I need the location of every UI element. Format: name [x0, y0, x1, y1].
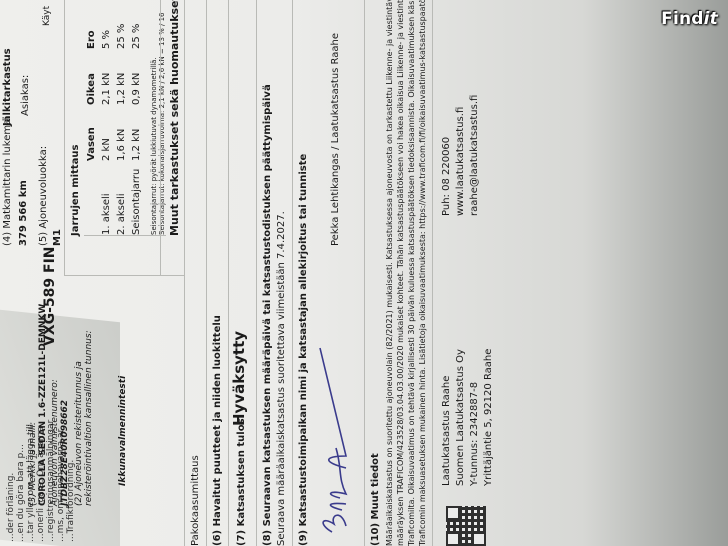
company-info: Laatukatsastus Raahe Suomen Laatukatsast…: [440, 349, 496, 486]
inspection-document: ...der förläning. ...en du göra bara p..…: [0, 0, 728, 546]
next-inspection-label: (8) Seuraavan katsastuksen määräpäivä ta…: [262, 84, 273, 546]
vin-value: JTDBZ28E40R098662: [60, 400, 70, 506]
other-checks-heading: Muut tarkastukset sekä huomautukset: [168, 0, 181, 236]
signature-label: (9) Katsastustoimipaikan nimi ja katsast…: [298, 154, 309, 546]
brakes-title: Jarrujen mittaus: [70, 145, 81, 237]
brake-note-1: Seisontajarrut: pyörät lukkiutuvat dynam…: [150, 0, 158, 235]
brake-table: Vasen Oikea Ero 1. akseli 2 kN 2,1 kN 5 …: [84, 0, 166, 236]
other-info-text: Määräaikaiskatsastus on suoritettu ajone…: [384, 0, 428, 546]
registration-number: VXG-589 FIN: [42, 246, 58, 346]
contact-info: Puh: 08 220060 www.laatukatsastus.fi raa…: [440, 95, 482, 216]
odometer-value: 379 566 km: [18, 180, 29, 246]
brake-row: 1. akseli 2 kN 2,1 kN 5 %: [99, 0, 114, 235]
customer-label: Asiakas:: [20, 75, 31, 116]
other-info-label: (10) Muut tiedot: [370, 453, 381, 546]
inspector-name: Pekka Lehtikangas / Laatukatsastus Raahe: [330, 33, 341, 246]
next-inspection-value: Seuraava määräaikaiskatsastus suoritetta…: [276, 211, 287, 546]
result-value: Hyväksytty: [230, 331, 248, 426]
odometer-label: (4) Matkamittarin lukema: [2, 119, 13, 246]
company-address: Yrittäjäntie 5, 92120 Raahe: [482, 349, 496, 486]
brake-row: Seisontajarru 1,2 kN 0,9 kN 25 %: [129, 0, 144, 235]
test-label: Ikkunavalmennintesti: [118, 376, 128, 486]
inspection-type: Jälkitarkastus: [2, 48, 13, 126]
company-name: Laatukatsastus Raahe: [440, 349, 454, 486]
qr-code: [446, 506, 486, 546]
vehicle-class-value: M1: [52, 229, 63, 246]
side-note: Käyt: [42, 6, 52, 26]
findit-watermark: Findit: [661, 9, 718, 29]
email-link[interactable]: raahe@laatukatsastus.fi: [468, 95, 482, 216]
defects-label: (6) Havaitut puutteet ja niiden luokitte…: [212, 315, 223, 546]
business-id: Y-tunnus: 2342887-8: [468, 349, 482, 486]
result-label: (7) Katsastuksen tulos: [236, 418, 247, 546]
company-legal-name: Suomen Laatukatsastus Oy: [454, 349, 468, 486]
signature: [312, 338, 364, 538]
model-label: (3) Merkki ja malli:: [28, 422, 38, 506]
vin-label: Ajoneuvon valmistenumero:: [50, 379, 60, 506]
exhaust-label: Pakokaasumittaus: [190, 455, 201, 546]
brake-row: 2. akseli 1,6 kN 1,2 kN 25 %: [114, 0, 129, 235]
phone: Puh: 08 220060: [440, 95, 454, 216]
national-id-label: (2) Ajoneuvon rekisteritunnus ja rekiste…: [74, 326, 94, 506]
vehicle-class-label: (5) Ajoneuvoluokka:: [38, 146, 49, 246]
website-link[interactable]: www.laatukatsastus.fi: [454, 95, 468, 216]
brake-header-row: Vasen Oikea Ero: [84, 0, 99, 235]
